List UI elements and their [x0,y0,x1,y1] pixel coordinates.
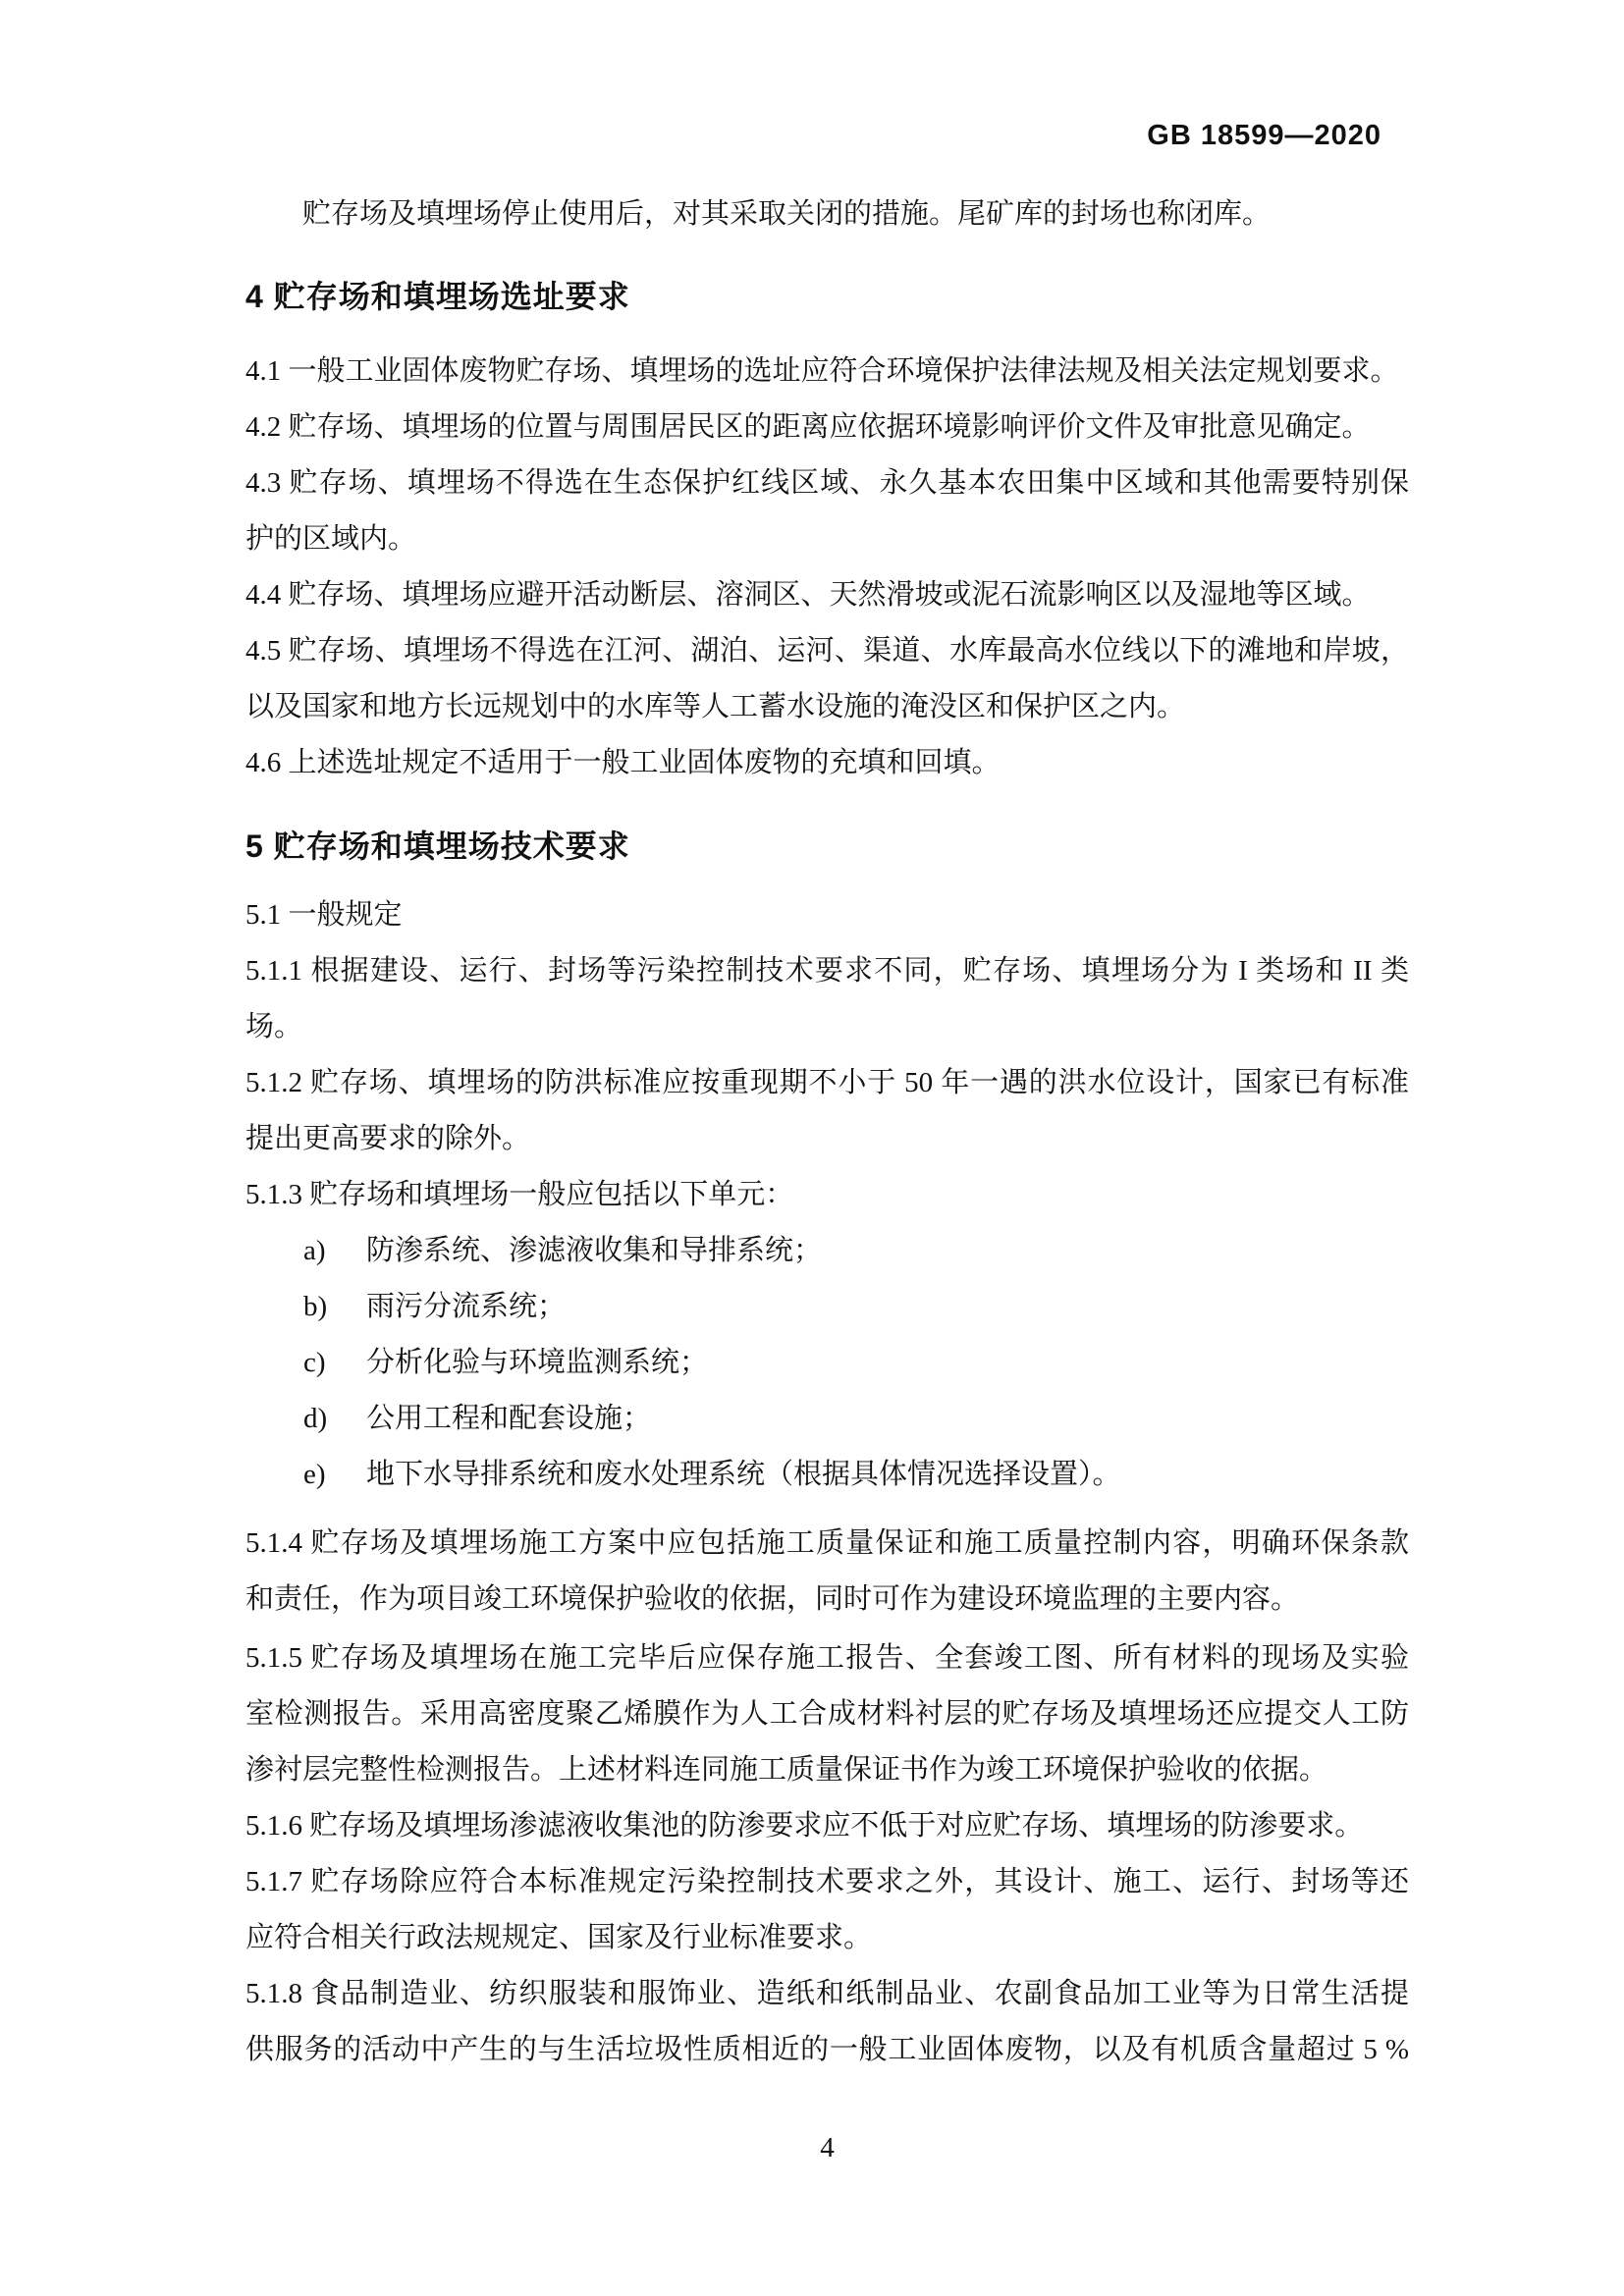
clause-5-1-4: 5.1.4 贮存场及填埋场施工方案中应包括施工质量保证和施工质量控制内容，明确环… [245,1516,1409,1628]
clause-line: 5.1.6 贮存场及填埋场渗滤液收集池的防渗要求应不低于对应贮存场、填埋场的防渗… [245,1798,1409,1854]
clause-5-1-1: 5.1.1 根据建设、运行、封场等污染控制技术要求不同，贮存场、填埋场分为 I … [245,943,1409,1055]
list-item-text: 分析化验与环境监测系统； [366,1347,708,1378]
clause-line: 5.1.5 贮存场及填埋场在施工完毕后应保存施工报告、全套竣工图、所有材料的现场… [245,1630,1409,1686]
list-item-a: a)防渗系统、渗滤液收集和导排系统； [245,1223,1409,1279]
list-item-label: b) [303,1279,366,1335]
clause-line: 场。 [245,999,1409,1055]
clause-4-4: 4.4 贮存场、填埋场应避开活动断层、溶洞区、天然滑坡或泥石流影响区以及湿地等区… [245,567,1409,623]
standard-code-number: 18599—2020 [1201,120,1381,151]
list-item-text: 地下水导排系统和废水处理系统（根据具体情况选择设置）。 [366,1459,1121,1490]
page-header: GB 18599—2020 [245,121,1409,150]
list-item-text: 防渗系统、渗滤液收集和导排系统； [366,1235,822,1266]
clause-line: 5.1.7 贮存场除应符合本标准规定污染控制技术要求之外，其设计、施工、运行、封… [245,1854,1409,1910]
clause-4-3: 4.3 贮存场、填埋场不得选在生态保护红线区域、永久基本农田集中区域和其他需要特… [245,455,1409,567]
clause-line: 室检测报告。采用高密度聚乙烯膜作为人工合成材料衬层的贮存场及填埋场还应提交人工防 [245,1686,1409,1742]
clause-line: 4.1 一般工业固体废物贮存场、填埋场的选址应符合环境保护法律法规及相关法定规划… [245,344,1409,400]
clause-5-1-7: 5.1.7 贮存场除应符合本标准规定污染控制技术要求之外，其设计、施工、运行、封… [245,1854,1409,1966]
list-item-label: d) [303,1391,366,1447]
subsection-5-1-heading: 5.1 一般规定 [245,887,1409,943]
document-page: GB 18599—2020 贮存场及填埋场停止使用后，对其采取关闭的措施。尾矿库… [0,0,1624,2296]
standard-code-prefix: GB [1147,120,1192,151]
clause-line: 4.4 贮存场、填埋场应避开活动断层、溶洞区、天然滑坡或泥石流影响区以及湿地等区… [245,567,1409,623]
clause-line: 4.5 贮存场、填埋场不得选在江河、湖泊、运河、渠道、水库最高水位线以下的滩地和… [245,623,1409,679]
clause-line: 4.2 贮存场、填埋场的位置与周围居民区的距离应依据环境影响评价文件及审批意见确… [245,400,1409,455]
clause-line: 5.1.8 食品制造业、纺织服装和服饰业、造纸和纸制品业、农副食品加工业等为日常… [245,1966,1409,2022]
clause-4-1: 4.1 一般工业固体废物贮存场、填埋场的选址应符合环境保护法律法规及相关法定规划… [245,344,1409,400]
clause-line: 和责任，作为项目竣工环境保护验收的依据，同时可作为建设环境监理的主要内容。 [245,1572,1409,1628]
intro-paragraph: 贮存场及填埋场停止使用后，对其采取关闭的措施。尾矿库的封场也称闭库。 [245,187,1409,242]
clause-line: 供服务的活动中产生的与生活垃圾性质相近的一般工业固体废物，以及有机质含量超过 5… [245,2022,1409,2078]
list-item-text: 雨污分流系统； [366,1291,566,1322]
clause-line: 5.1.1 根据建设、运行、封场等污染控制技术要求不同，贮存场、填埋场分为 I … [245,943,1409,999]
clause-line: 4.3 贮存场、填埋场不得选在生态保护红线区域、永久基本农田集中区域和其他需要特… [245,455,1409,511]
clause-line: 应符合相关行政法规规定、国家及行业标准要求。 [245,1910,1409,1966]
clause-5-1-2: 5.1.2 贮存场、填埋场的防洪标准应按重现期不小于 50 年一遇的洪水位设计，… [245,1055,1409,1167]
clause-5-1-6: 5.1.6 贮存场及填埋场渗滤液收集池的防渗要求应不低于对应贮存场、填埋场的防渗… [245,1798,1409,1854]
clause-line: 5.1.3 贮存场和填埋场一般应包括以下单元： [245,1167,1409,1223]
clause-4-6: 4.6 上述选址规定不适用于一般工业固体废物的充填和回填。 [245,735,1409,791]
list-item-e: e)地下水导排系统和废水处理系统（根据具体情况选择设置）。 [245,1447,1409,1503]
list-item-label: a) [303,1223,366,1279]
section-5-heading: 5 贮存场和填埋场技术要求 [245,825,1409,868]
clause-line: 渗衬层完整性检测报告。上述材料连同施工质量保证书作为竣工环境保护验收的依据。 [245,1742,1409,1798]
clause-line: 护的区域内。 [245,511,1409,567]
list-item-text: 公用工程和配套设施； [366,1403,651,1434]
list-item-c: c)分析化验与环境监测系统； [245,1335,1409,1391]
list-item-label: e) [303,1447,366,1503]
list-item-d: d)公用工程和配套设施； [245,1391,1409,1447]
clause-line: 提出更高要求的除外。 [245,1111,1409,1167]
clause-line: 以及国家和地方长远规划中的水库等人工蓄水设施的淹没区和保护区之内。 [245,679,1409,735]
clause-line: 4.6 上述选址规定不适用于一般工业固体废物的充填和回填。 [245,735,1409,791]
clause-4-5: 4.5 贮存场、填埋场不得选在江河、湖泊、运河、渠道、水库最高水位线以下的滩地和… [245,623,1409,735]
section-4-heading: 4 贮存场和填埋场选址要求 [245,275,1409,318]
clause-line: 5.1.4 贮存场及填埋场施工方案中应包括施工质量保证和施工质量控制内容，明确环… [245,1516,1409,1572]
list-item-label: c) [303,1335,366,1391]
list-item-b: b)雨污分流系统； [245,1279,1409,1335]
page-number: 4 [820,2132,835,2163]
clause-4-2: 4.2 贮存场、填埋场的位置与周围居民区的距离应依据环境影响评价文件及审批意见确… [245,400,1409,455]
page-footer: 4 [245,2128,1409,2167]
clause-5-1-8: 5.1.8 食品制造业、纺织服装和服饰业、造纸和纸制品业、农副食品加工业等为日常… [245,1966,1409,2078]
clause-5-1-3: 5.1.3 贮存场和填埋场一般应包括以下单元： a)防渗系统、渗滤液收集和导排系… [245,1167,1409,1503]
clause-5-1-5: 5.1.5 贮存场及填埋场在施工完毕后应保存施工报告、全套竣工图、所有材料的现场… [245,1630,1409,1798]
clause-line: 5.1.2 贮存场、填埋场的防洪标准应按重现期不小于 50 年一遇的洪水位设计，… [245,1055,1409,1111]
